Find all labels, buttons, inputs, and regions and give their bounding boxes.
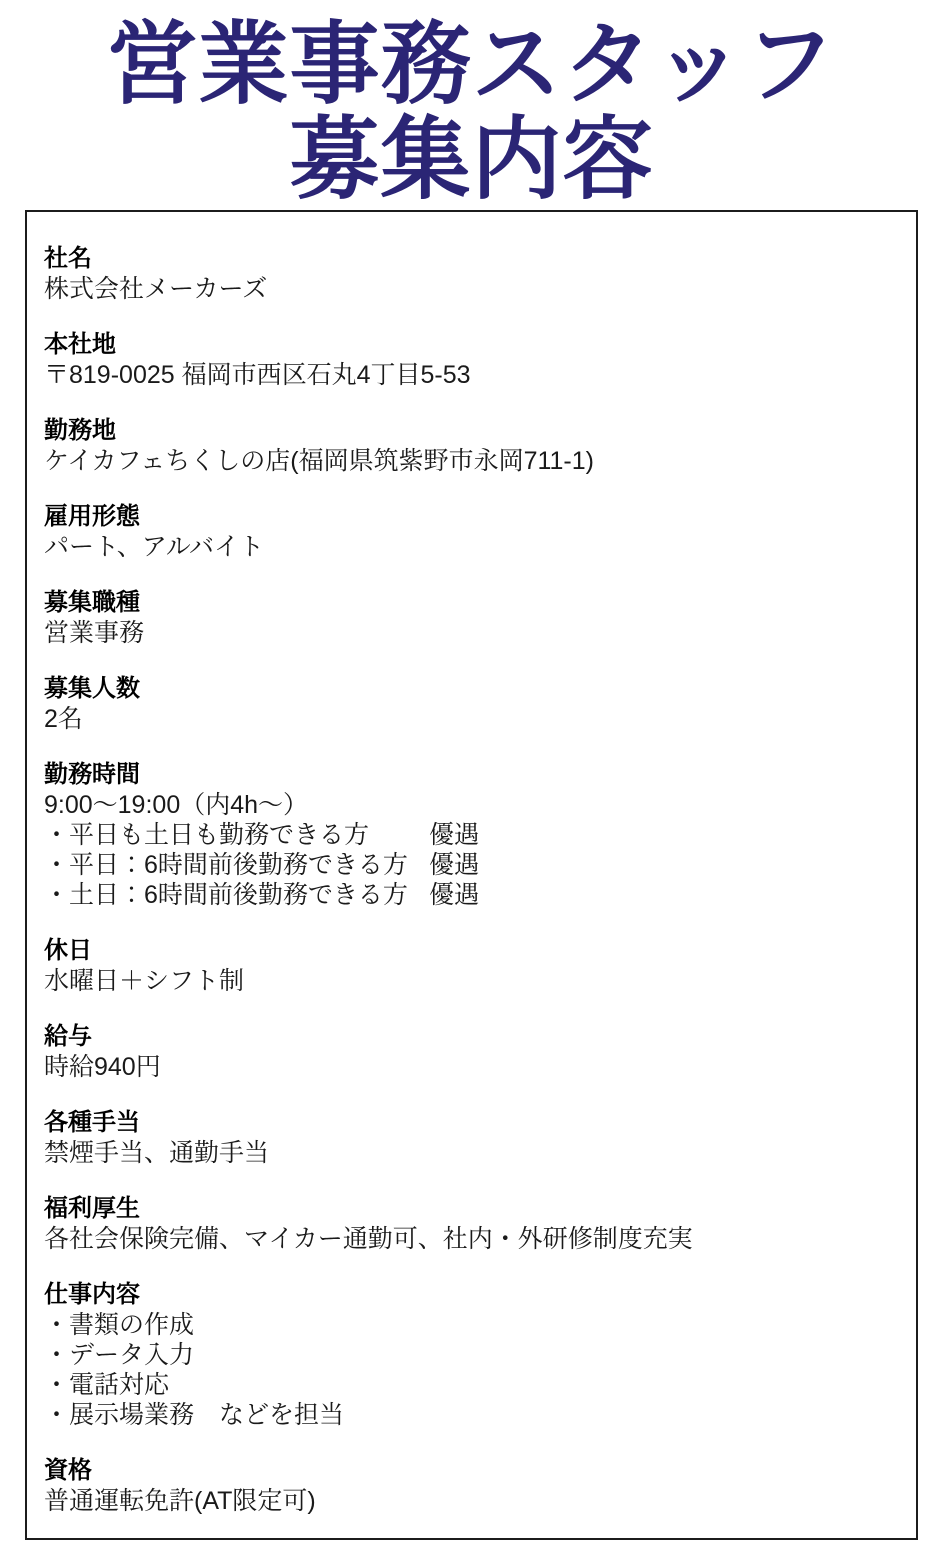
section-row: 各社会保険完備、マイカー通勤可、社内・外研修制度充実 [44, 1224, 896, 1254]
section-row: 営業事務 [44, 618, 896, 648]
section-label: 福利厚生 [44, 1194, 896, 1224]
section-row: 株式会社メーカーズ [44, 274, 896, 304]
section-number-of-openings: 募集人数 2名 [44, 674, 896, 734]
row-text: ・書類の作成 [44, 1310, 194, 1340]
row-text: 各社会保険完備、マイカー通勤可、社内・外研修制度充実 [44, 1224, 693, 1254]
row-text: ・展示場業務 などを担当 [44, 1400, 344, 1430]
job-details-box: 社名 株式会社メーカーズ 本社地 〒819-0025 福岡市西区石丸4丁目5-5… [25, 210, 918, 1540]
section-label: 各種手当 [44, 1108, 896, 1138]
section-row: ・平日も土日も勤務できる方優遇 [44, 820, 896, 850]
section-holidays: 休日 水曜日＋シフト制 [44, 936, 896, 996]
section-label: 募集職種 [44, 588, 896, 618]
section-employment-type: 雇用形態 パート、アルバイト [44, 502, 896, 562]
section-work-location: 勤務地 ケイカフェちくしの店(福岡県筑紫野市永岡711-1) [44, 416, 896, 476]
section-company-name: 社名 株式会社メーカーズ [44, 244, 896, 304]
row-text: ・平日：6時間前後勤務できる方 [44, 850, 429, 880]
section-row: 禁煙手当、通勤手当 [44, 1138, 896, 1168]
section-label: 勤務時間 [44, 760, 896, 790]
page-title: 営業事務スタッフ 募集内容 [0, 18, 943, 208]
section-salary: 給与 時給940円 [44, 1022, 896, 1082]
section-label: 本社地 [44, 330, 896, 360]
row-text: 普通運転免許(AT限定可) [44, 1486, 316, 1516]
section-row: ・書類の作成 [44, 1310, 896, 1340]
row-text: ・土日：6時間前後勤務できる方 [44, 880, 429, 910]
section-row: ・展示場業務 などを担当 [44, 1400, 896, 1430]
page-title-line-2: 募集内容 [0, 113, 943, 208]
section-label: 給与 [44, 1022, 896, 1052]
row-text: 水曜日＋シフト制 [44, 966, 244, 996]
section-label: 仕事内容 [44, 1280, 896, 1310]
row-text: 株式会社メーカーズ [44, 274, 267, 304]
row-text: 禁煙手当、通勤手当 [44, 1138, 269, 1168]
section-row: ・土日：6時間前後勤務できる方優遇 [44, 880, 896, 910]
section-row: ・電話対応 [44, 1370, 896, 1400]
section-job-position: 募集職種 営業事務 [44, 588, 896, 648]
section-job-description: 仕事内容 ・書類の作成・データ入力・電話対応・展示場業務 などを担当 [44, 1280, 896, 1430]
section-label: 雇用形態 [44, 502, 896, 532]
section-row: 水曜日＋シフト制 [44, 966, 896, 996]
row-text: ・データ入力 [44, 1340, 194, 1370]
section-label: 休日 [44, 936, 896, 966]
row-text: 9:00〜19:00（内4h〜） [44, 790, 308, 820]
page-title-line-1: 営業事務スタッフ [0, 18, 943, 113]
row-text: ・平日も土日も勤務できる方 [44, 820, 429, 850]
section-qualifications: 資格 普通運転免許(AT限定可) [44, 1456, 896, 1516]
section-label: 社名 [44, 244, 896, 274]
section-row: ・データ入力 [44, 1340, 896, 1370]
section-row: 〒819-0025 福岡市西区石丸4丁目5-53 [44, 360, 896, 390]
preferential-treatment-note: 優遇 [429, 820, 479, 850]
row-text: 時給940円 [44, 1052, 161, 1082]
row-text: パート、アルバイト [44, 532, 264, 562]
preferential-treatment-note: 優遇 [429, 880, 479, 910]
section-row: 9:00〜19:00（内4h〜） [44, 790, 896, 820]
section-row: 普通運転免許(AT限定可) [44, 1486, 896, 1516]
section-row: ケイカフェちくしの店(福岡県筑紫野市永岡711-1) [44, 446, 896, 476]
section-allowances: 各種手当 禁煙手当、通勤手当 [44, 1108, 896, 1168]
row-text: 2名 [44, 704, 83, 734]
section-head-office-address: 本社地 〒819-0025 福岡市西区石丸4丁目5-53 [44, 330, 896, 390]
section-working-hours: 勤務時間 9:00〜19:00（内4h〜）・平日も土日も勤務できる方優遇・平日：… [44, 760, 896, 910]
preferential-treatment-note: 優遇 [429, 850, 479, 880]
row-text: ケイカフェちくしの店(福岡県筑紫野市永岡711-1) [44, 446, 594, 476]
section-row: ・平日：6時間前後勤務できる方優遇 [44, 850, 896, 880]
section-row: 時給940円 [44, 1052, 896, 1082]
row-text: 営業事務 [44, 618, 144, 648]
section-label: 勤務地 [44, 416, 896, 446]
row-text: 〒819-0025 福岡市西区石丸4丁目5-53 [44, 360, 471, 390]
section-row: 2名 [44, 704, 896, 734]
section-label: 資格 [44, 1456, 896, 1486]
section-row: パート、アルバイト [44, 532, 896, 562]
section-benefits: 福利厚生 各社会保険完備、マイカー通勤可、社内・外研修制度充実 [44, 1194, 896, 1254]
row-text: ・電話対応 [44, 1370, 169, 1400]
section-label: 募集人数 [44, 674, 896, 704]
